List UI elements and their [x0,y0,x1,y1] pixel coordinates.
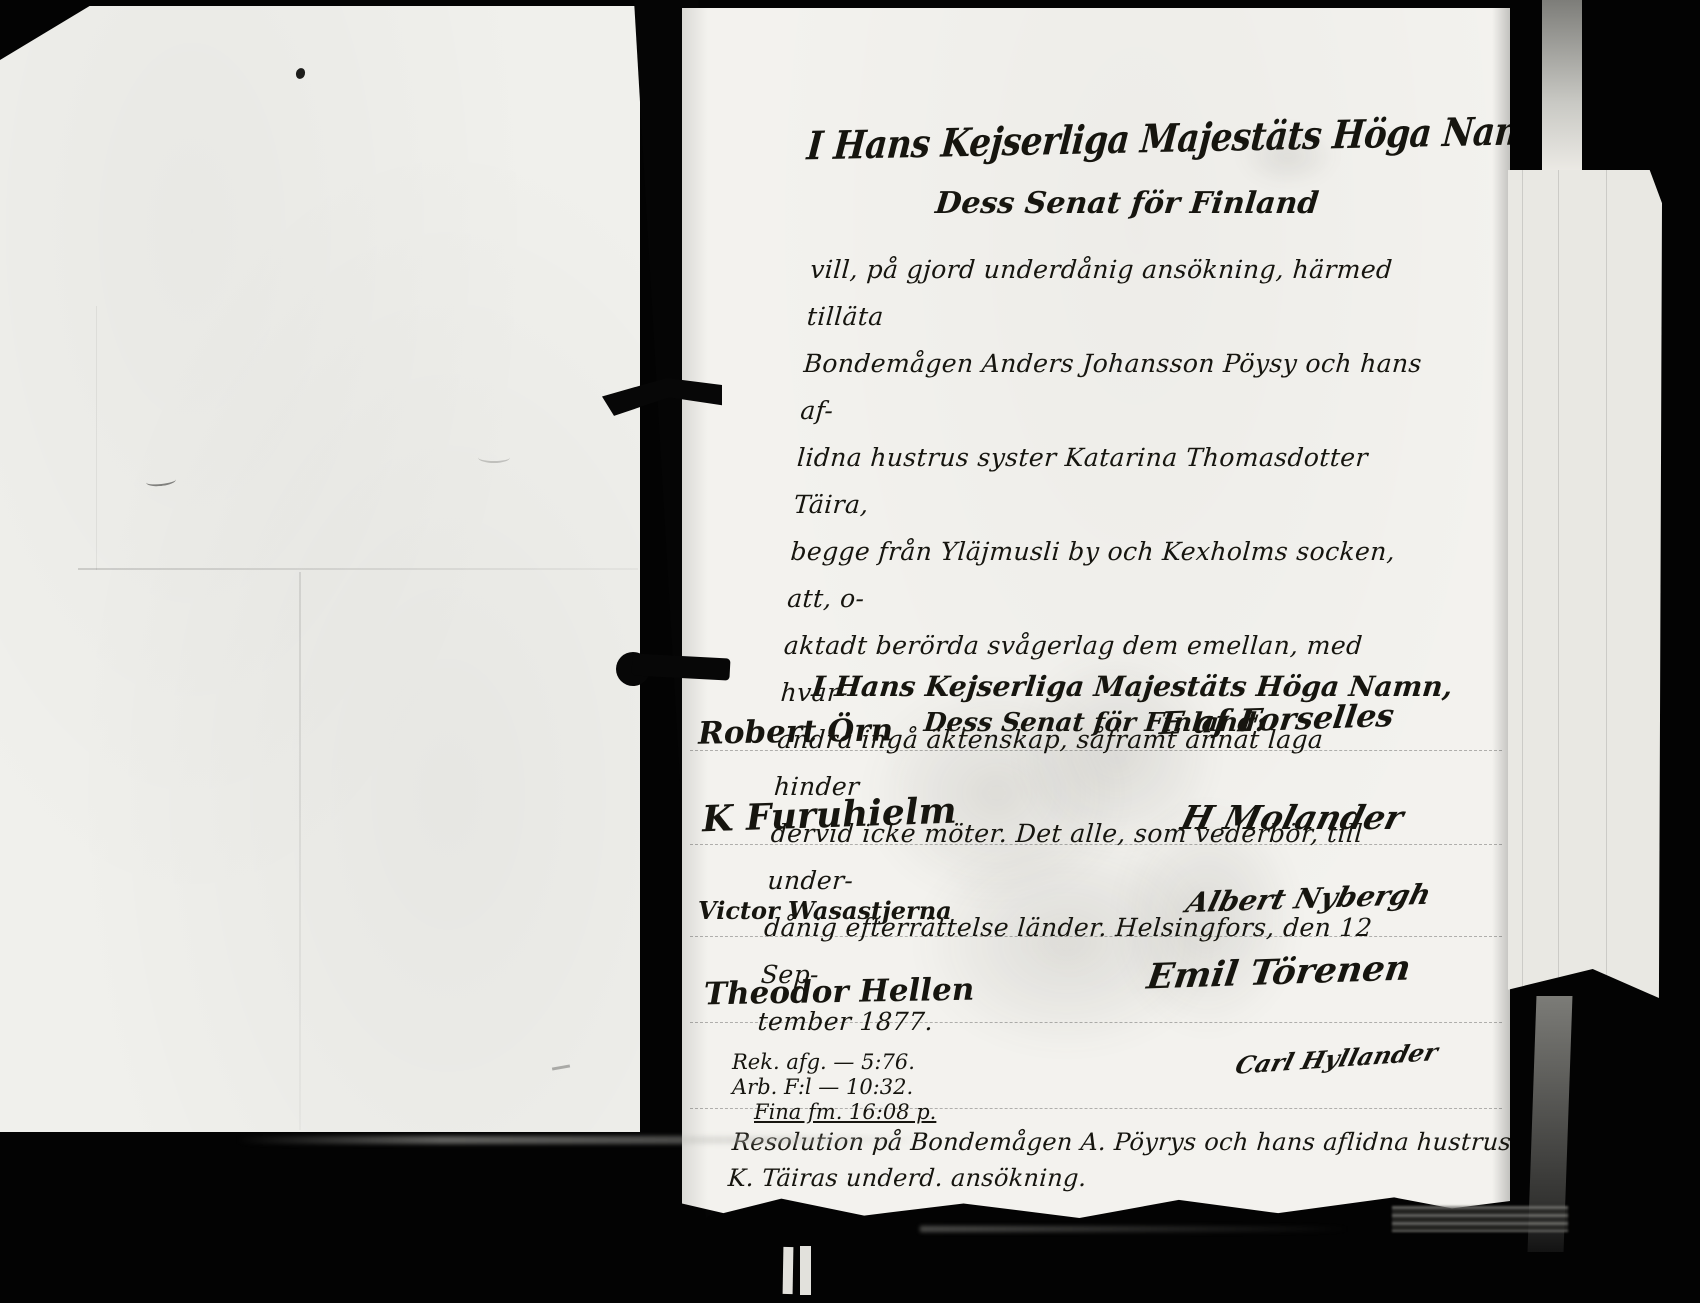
leaf-crease [1522,170,1523,998]
signature-molander: H Molander [1177,798,1407,837]
body-line: vill, på gjord underdånig ansökning, här… [805,246,1436,340]
next-leaf-edge [1508,170,1662,998]
pencil-dash-mark [552,1064,570,1070]
document-body: vill, på gjord underdånig ansökning, här… [756,246,1436,1045]
signature-furuhielm: K Furuhielm [701,790,957,841]
page-bottom-streak [920,1226,1350,1232]
resolution-note-line-2: K. Täiras underd. ansökning. [727,1164,1088,1192]
page-edge-strip [1542,0,1582,172]
fee-total-line: Fina fm. 16:08 p. [754,1100,936,1125]
signature-ruled-line [690,844,1502,845]
page-edge-streaks [1392,1206,1568,1232]
document-heading-line-1: I Hans Kejserliga Majestäts Höga Namn, [805,110,1449,169]
vertical-crease-line [96,306,97,570]
signature-hellen: Theodor Hellen [704,972,975,1013]
signature-robert-orn: Robert Örn [698,712,894,751]
body-line: Bondemågen Anders Johansson Pöysy och ha… [799,340,1430,434]
signature-ruled-line [690,750,1502,751]
signature-ruled-line [690,1022,1502,1023]
horizontal-crease-line [78,568,638,570]
body-line: lidna hustrus syster Katarina Thomasdott… [792,434,1423,528]
fee-notes: Rek. afg. — 5:76. Arb. F:l — 10:32. Fina… [732,1050,936,1125]
pen-squiggle-mark [146,474,177,487]
fee-line: Arb. F:l — 10:32. [732,1075,936,1100]
leaf-crease [1558,170,1559,998]
archive-scan: I Hans Kejserliga Majestäts Höga Namn, D… [0,0,1700,1303]
signature-ruled-line [690,936,1502,937]
body-line: begge från Yläjmusli by och Kexholms soc… [786,528,1417,622]
closing-formula-line-1: I Hans Kejserliga Majestäts Höga Namn, [810,670,1454,703]
document-heading-line-2: Dess Senat för Finland [805,186,1449,221]
page-tab [783,1247,794,1294]
pen-squiggle-mark [478,452,510,463]
signature-wasastjerna: Victor Wasastjerna [698,896,952,925]
vertical-crease-line [299,572,301,1130]
fee-line: Rek. afg. — 5:76. [732,1050,936,1075]
page-tab [800,1246,811,1295]
page-bottom-streak [236,1136,926,1144]
left-blank-page [0,6,640,1132]
leaf-crease [1606,170,1607,998]
document-page: I Hans Kejserliga Majestäts Höga Namn, D… [682,8,1510,1218]
binding-fastener [610,644,730,696]
ink-speck [295,67,307,80]
